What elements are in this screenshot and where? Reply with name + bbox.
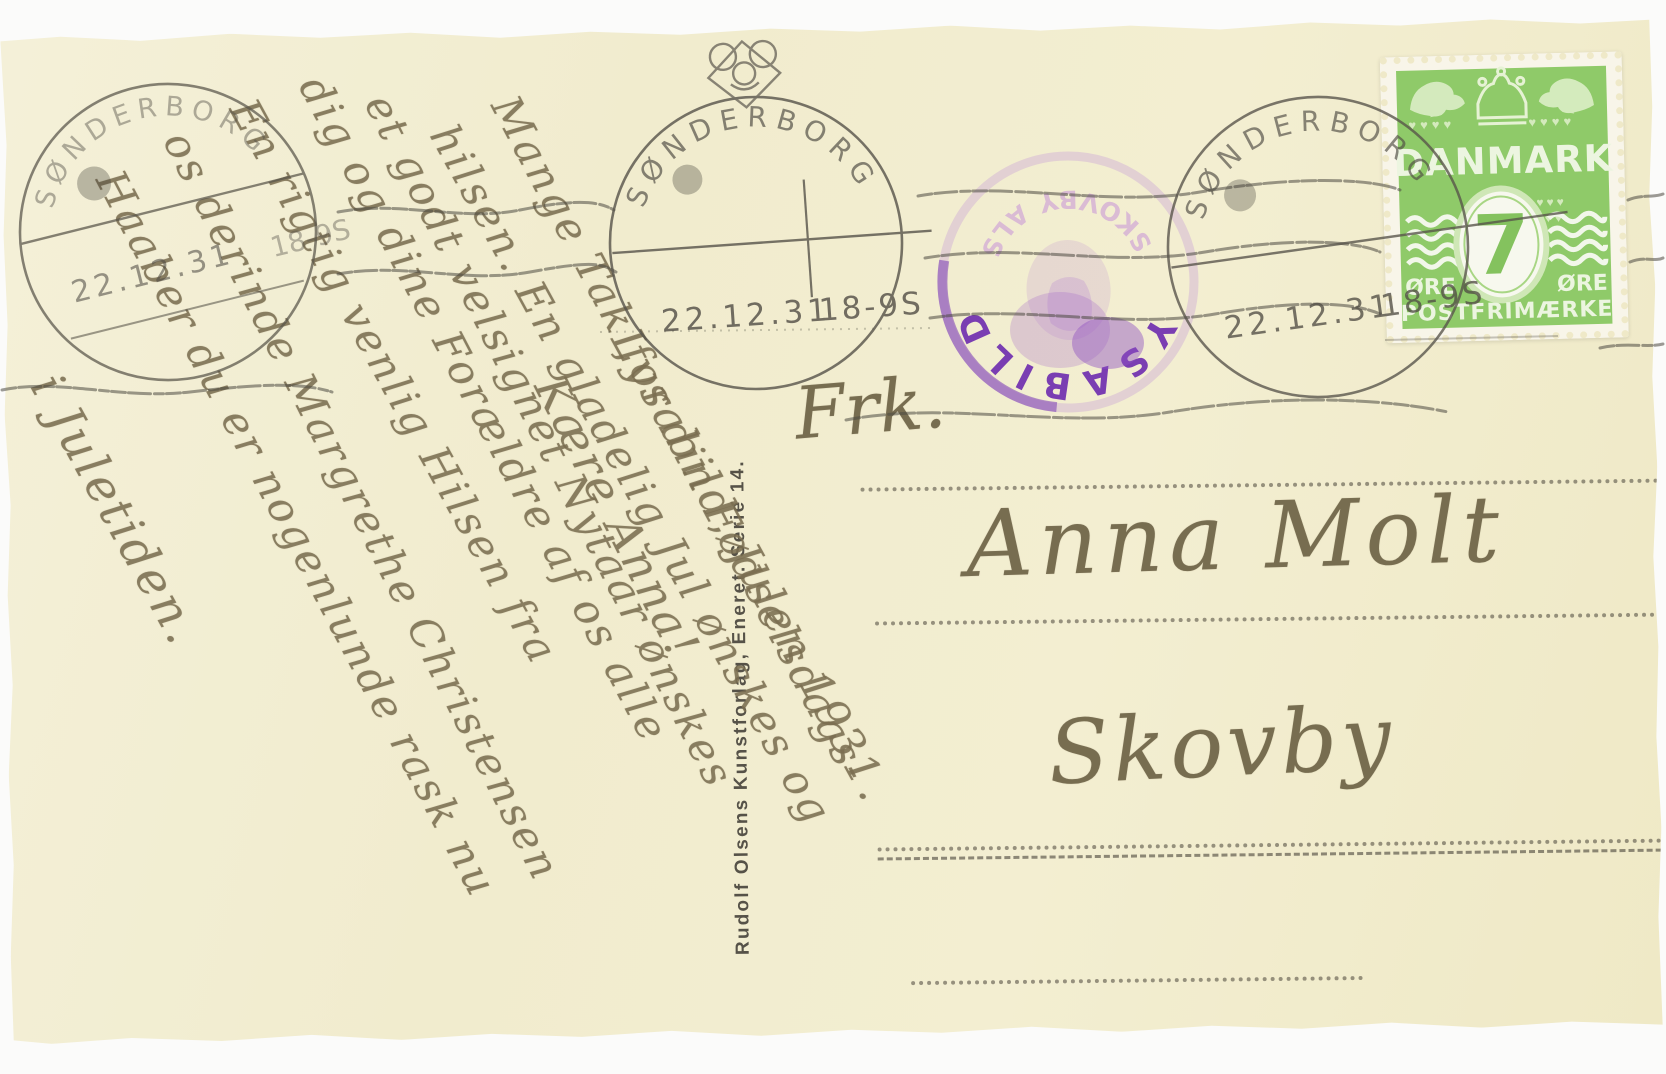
handwritten-message: Lysabild, Julen 1931. Kære Anna! Mange T… (0, 17, 1652, 36)
postage-stamp-art: ♥♥♥♥ ♥♥♥♥ ♥♥♥ ♥♥ DANMARK 7 ØRE (1387, 59, 1622, 337)
stamp-country-label: DANMARK (1393, 137, 1614, 186)
address-line-3-underline (878, 849, 1662, 861)
ornament-hearts: ♥♥♥ (1536, 195, 1567, 210)
address-salutation: Frk. (791, 360, 948, 456)
ornament-hearts: ♥♥♥♥ (1408, 117, 1455, 133)
postcard: Rudolf Olsens Kunstforlag, Eneret. Serie… (0, 17, 1663, 1048)
stamp-currency-left: ØRE (1405, 275, 1456, 301)
stamp-value: 7 (1472, 198, 1531, 294)
handwritten-address: Frk. Anna Molt Skovby (0, 17, 1652, 36)
message-line: i Juletiden. (19, 365, 212, 656)
address-name: Anna Molt (965, 476, 1507, 598)
postage-stamp: ♥♥♥♥ ♥♥♥♥ ♥♥♥ ♥♥ DANMARK 7 ØRE (1380, 51, 1629, 343)
address-line-2 (875, 613, 1663, 626)
scanned-postcard-photo: { "postcard": { "message": { "lines": [ … (0, 0, 1666, 1074)
stamp-currency-right: ØRE (1557, 271, 1608, 297)
address-town: Skovby (1046, 686, 1397, 805)
address-line-4 (911, 976, 1363, 985)
ornament-hearts: ♥♥♥♥ (1528, 114, 1575, 130)
